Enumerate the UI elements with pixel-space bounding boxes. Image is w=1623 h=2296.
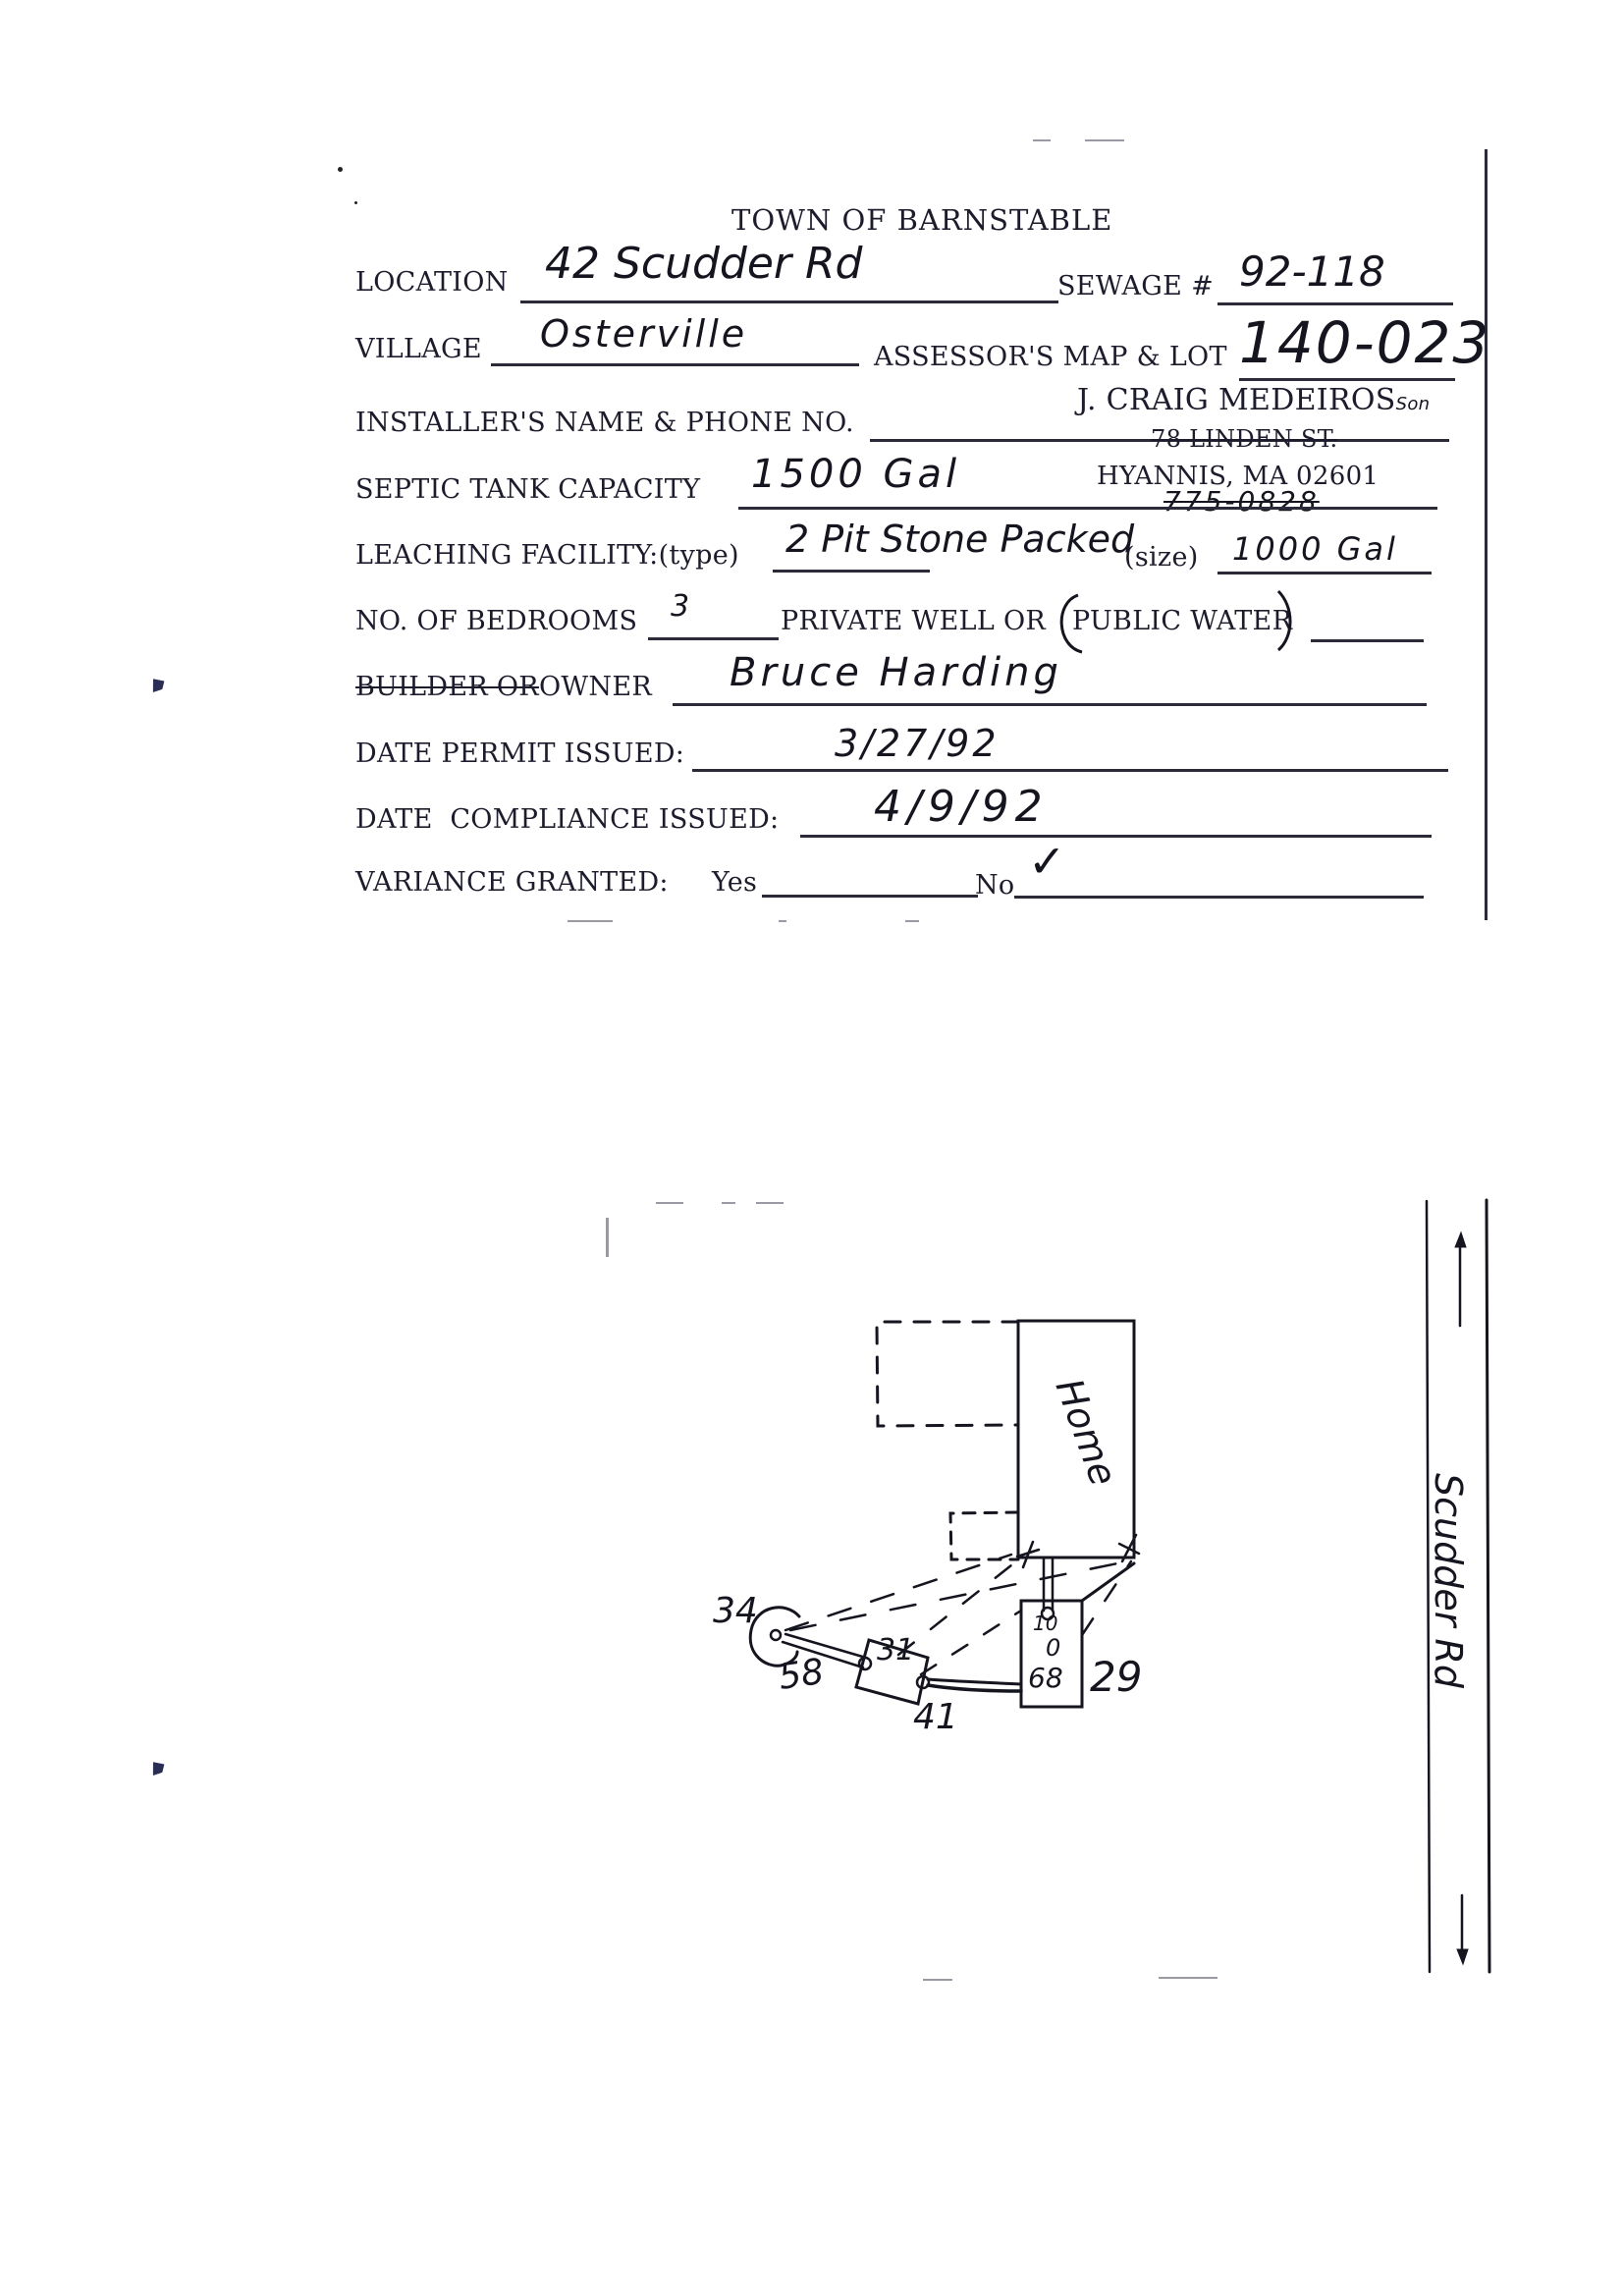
tank-label-3: 68 [1028, 1662, 1063, 1694]
measure-pit-top: 34 [713, 1591, 758, 1631]
dashed-addition-lower [950, 1512, 1018, 1559]
site-sketch: Home Scudder Rd 34 58 31 41 29 10 0 68 [0, 0, 1623, 2296]
road-label: Scudder Rd [1427, 1473, 1470, 1689]
measure-tank-side: 29 [1090, 1653, 1142, 1701]
house-label: Home [1048, 1373, 1126, 1492]
tank-label-1: 10 [1033, 1612, 1057, 1635]
measure-dbox-top: 31 [877, 1633, 914, 1667]
tank-label-2: 0 [1046, 1634, 1060, 1662]
measure-pit-to-dbox: 58 [777, 1652, 827, 1698]
dashed-addition-upper [877, 1322, 1018, 1426]
road-edge-right [1487, 1200, 1489, 1972]
measure-dbox-to-tank: 41 [913, 1697, 958, 1737]
